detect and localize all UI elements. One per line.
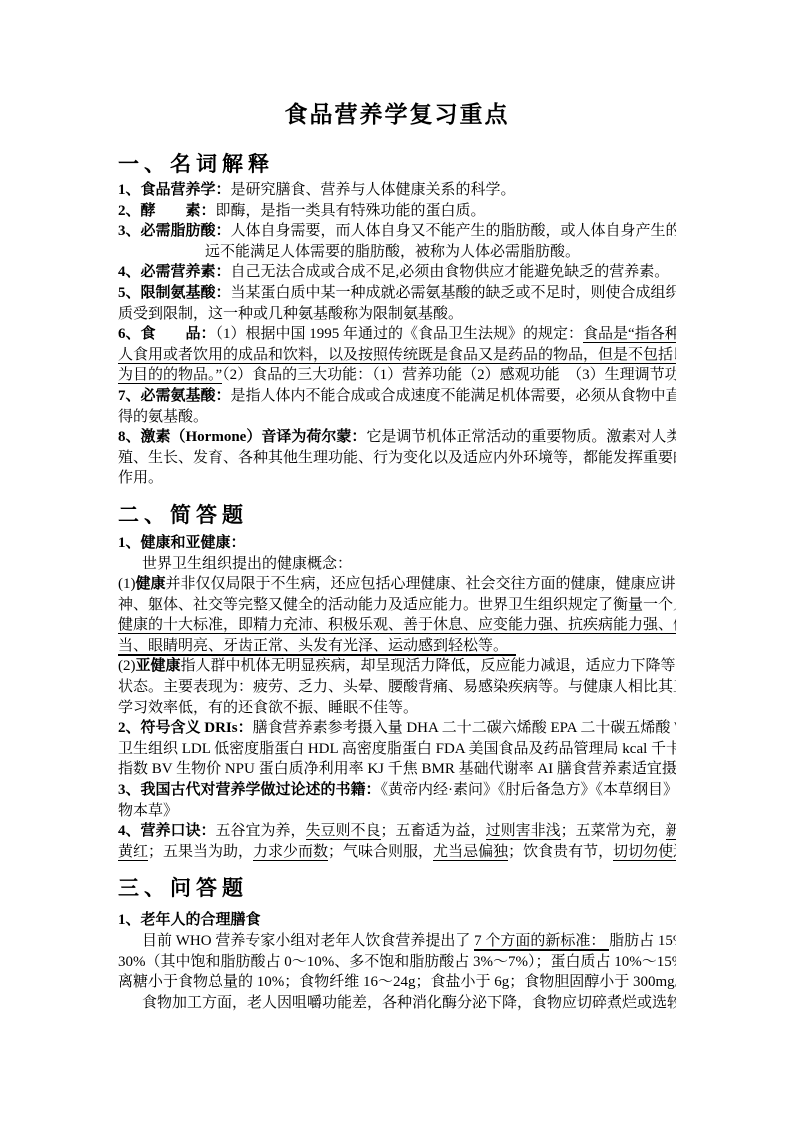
term-label: 1、食品营养学： bbox=[118, 182, 231, 198]
underlined-text: 为目的的物品。” bbox=[118, 367, 222, 384]
term-label: 亚健康 bbox=[136, 658, 181, 674]
document-page: 食品营养学复习重点 一、名词解释 1、食品营养学：是研究膳食、营养与人体健康关系… bbox=[0, 0, 793, 1122]
term-label: 2、符号含义 DRIs： bbox=[118, 720, 253, 736]
body-text: 作用。 bbox=[118, 470, 163, 486]
underlined-text: 力求少而数 bbox=[253, 844, 328, 861]
body-text: 目前 WHO 营养专家小组对老年人饮食营养提出了 bbox=[142, 933, 474, 949]
text-line: 离糖小于食物总量的 10%；食物纤维 16～24g；食盐小于 6g；食物胆固醇小… bbox=[118, 972, 676, 993]
body-text: 它是调节机体正常活动的重要物质。激素对人类的繁 bbox=[366, 429, 676, 445]
section-lines-essay-questions: 1、老年人的合理膳食目前 WHO 营养专家小组对老年人饮食营养提出了 7 个方面… bbox=[118, 910, 676, 1013]
text-line: 远不能满足人体需要的脂肪酸，被称为人体必需脂肪酸。 bbox=[118, 242, 676, 263]
text-line: 3、我国古代对营养学做过论述的书籍：《黄帝内经·素问》《肘后备急方》《本草纲目》… bbox=[118, 780, 676, 801]
body-text: 《黄帝内经·素问》《肘后备急方》《本草纲目》《食 bbox=[381, 782, 676, 798]
section-essay-questions: 三、问答题 1、老年人的合理膳食目前 WHO 营养专家小组对老年人饮食营养提出了… bbox=[118, 874, 676, 1013]
text-line: 6、食 品：（1）根据中国 1995 年通过的《食品卫生法规》的规定：食品是“指… bbox=[118, 324, 676, 345]
text-line: 食物加工方面，老人因咀嚼功能差，各种消化酶分泌下降，食物应切碎煮烂或选较柔软 bbox=[118, 993, 676, 1014]
term-label: 5、限制氨基酸： bbox=[118, 285, 231, 301]
text-line: 3、必需脂肪酸：人体自身需要，而人体自身又不能产生的脂肪酸，或人体自身产生的数远 bbox=[118, 221, 676, 242]
body-text: 脂肪占 15%～ bbox=[609, 933, 676, 949]
text-line: 7、必需氨基酸：是指人体内不能合成或合成速度不能满足机体需要，必须从食物中直接获 bbox=[118, 386, 676, 407]
underlined-text: 尤当忌偏独 bbox=[433, 844, 508, 861]
body-text: （2）食品的三大功能：（1）营养功能（2）感观功能 （3）生理调节功能 bbox=[222, 367, 676, 383]
body-text: 状态。主要表现为：疲劳、乏力、头晕、腰酸背痛、易感染疾病等。与健康人相比其工作、 bbox=[118, 679, 676, 695]
text-line: 1、健康和亚健康： bbox=[118, 533, 676, 554]
body-text: ；五菜常为充， bbox=[561, 823, 666, 839]
text-line: 目前 WHO 营养专家小组对老年人饮食营养提出了 7 个方面的新标准： 脂肪占 … bbox=[118, 931, 676, 952]
section-heading-terms: 一、名词解释 bbox=[118, 150, 676, 178]
body-text: 殖、生长、发育、各种其他生理功能、行为变化以及适应内外环境等，都能发挥重要的调节 bbox=[118, 450, 676, 466]
term-label: 7、必需氨基酸： bbox=[118, 388, 231, 404]
section-short-answers: 二、简答题 1、健康和亚健康：世界卫生组织提出的健康概念：(1)健康并非仅仅局限… bbox=[118, 501, 676, 863]
body-text: 五谷宜为养， bbox=[216, 823, 306, 839]
text-line: 4、营养口诀：五谷宜为养，失豆则不良；五畜适为益，过则害非浅；五菜常为充，新鲜绿 bbox=[118, 821, 676, 842]
text-line: 健康的十大标准，即精力充沛、积极乐观、善于休息、应变能力强、抗疾病能力强、体重适 bbox=[118, 615, 676, 636]
text-line: 人食用或者饮用的成品和饮料，以及按照传统既是食品又是药品的物品，但是不包括以治疗 bbox=[118, 345, 676, 366]
body-text: 30%（其中饱和脂肪酸占 0～10%、多不饱和脂肪酸占 3%～7%）；蛋白质占 … bbox=[118, 954, 676, 970]
text-line: 8、激素（Hormone）音译为荷尔蒙：它是调节机体正常活动的重要物质。激素对人… bbox=[118, 427, 676, 448]
body-text: 指数 BV 生物价 NPU 蛋白质净利用率 KJ 千焦 BMR 基础代谢率 AI… bbox=[118, 761, 676, 777]
underlined-text: 黄红 bbox=[118, 844, 148, 861]
section-lines-terms: 1、食品营养学：是研究膳食、营养与人体健康关系的科学。2、酵 素：即酶，是指一类… bbox=[118, 180, 676, 489]
text-line: 物本草》 bbox=[118, 801, 676, 822]
document-title: 食品营养学复习重点 bbox=[118, 99, 676, 129]
section-terms: 一、名词解释 1、食品营养学：是研究膳食、营养与人体健康关系的科学。2、酵 素：… bbox=[118, 150, 676, 489]
text-line: (1)健康并非仅仅局限于不生病，还应包括心理健康、社会交往方面的健康，健康应讲究… bbox=[118, 574, 676, 595]
term-label: 8、激素（Hormone）音译为荷尔蒙： bbox=[118, 429, 366, 445]
term-label: 4、营养口诀： bbox=[118, 823, 216, 839]
text-line: 30%（其中饱和脂肪酸占 0～10%、多不饱和脂肪酸占 3%～7%）；蛋白质占 … bbox=[118, 952, 676, 973]
section-lines-short-answers: 1、健康和亚健康：世界卫生组织提出的健康概念：(1)健康并非仅仅局限于不生病，还… bbox=[118, 533, 676, 863]
term-label: 3、我国古代对营养学做过论述的书籍： bbox=[118, 782, 381, 798]
underlined-text: 过则害非浅 bbox=[486, 823, 561, 840]
text-line: 4、必需营养素：自己无法合成或合成不足,必须由食物供应才能避免缺乏的营养素。 bbox=[118, 262, 676, 283]
body-text: 自己无法合成或合成不足,必须由食物供应才能避免缺乏的营养素。 bbox=[231, 264, 670, 280]
document-body: 食品营养学复习重点 一、名词解释 1、食品营养学：是研究膳食、营养与人体健康关系… bbox=[118, 0, 676, 1013]
body-text: ；气味合则服， bbox=[328, 844, 433, 860]
text-line: 黄红；五果当为助，力求少而数；气味合则服，尤当忌偏独；饮食贵有节，切切勿使过。 bbox=[118, 842, 676, 863]
body-text: 人体自身需要，而人体自身又不能产生的脂肪酸，或人体自身产生的数远 bbox=[231, 223, 676, 239]
underlined-text: 食品是“指各种供 bbox=[583, 326, 676, 343]
body-text: ；五畜适为益， bbox=[381, 823, 486, 839]
text-line: 1、老年人的合理膳食 bbox=[118, 910, 676, 931]
underlined-text: 失豆则不良 bbox=[306, 823, 381, 840]
text-line: 神、躯体、社交等完整又健全的活动能力及适应能力。世界卫生组织规定了衡量一个人是否 bbox=[118, 595, 676, 616]
term-label: 1、健康和亚健康： bbox=[118, 535, 246, 551]
underlined-text: 新鲜绿 bbox=[666, 823, 676, 840]
underlined-text: 人食用或者饮用的成品和饮料，以及按照传统既是食品又是药品的物品，但是不包括以治疗 bbox=[118, 347, 676, 364]
section-heading-essay-questions: 三、问答题 bbox=[118, 874, 676, 902]
underlined-text: 当、眼睛明亮、牙齿正常、头发有光泽、运动感到轻松等。 bbox=[118, 638, 516, 656]
body-text: 指人群中机体无明显疾病，却呈现活力降低，反应能力减退，适应力下降等生理 bbox=[181, 658, 676, 674]
text-line: 1、食品营养学：是研究膳食、营养与人体健康关系的科学。 bbox=[118, 180, 676, 201]
underlined-text: 7 个方面的新标准： bbox=[474, 933, 609, 951]
body-text: 食物加工方面，老人因咀嚼功能差，各种消化酶分泌下降，食物应切碎煮烂或选较柔软 bbox=[142, 995, 676, 1011]
text-line: 得的氨基酸。 bbox=[118, 407, 676, 428]
text-line: 作用。 bbox=[118, 468, 676, 489]
body-text: 学习效率低，有的还食欲不振、睡眠不佳等。 bbox=[118, 700, 418, 716]
text-line: 状态。主要表现为：疲劳、乏力、头晕、腰酸背痛、易感染疾病等。与健康人相比其工作、 bbox=[118, 677, 676, 698]
body-text: 是指人体内不能合成或合成速度不能满足机体需要，必须从食物中直接获 bbox=[231, 388, 676, 404]
term-label: 6、食 品： bbox=[118, 326, 216, 342]
body-text: 即酶，是指一类具有特殊功能的蛋白质。 bbox=[216, 203, 486, 219]
body-text: 卫生组织 LDL 低密度脂蛋白 HDL 高密度脂蛋白 FDA 美国食品及药品管理… bbox=[118, 741, 676, 757]
text-line: 世界卫生组织提出的健康概念： bbox=[118, 554, 676, 575]
text-line: (2)亚健康指人群中机体无明显疾病，却呈现活力降低，反应能力减退，适应力下降等生… bbox=[118, 656, 676, 677]
text-line: 当、眼睛明亮、牙齿正常、头发有光泽、运动感到轻松等。 bbox=[118, 636, 676, 657]
text-line: 2、酵 素：即酶，是指一类具有特殊功能的蛋白质。 bbox=[118, 201, 676, 222]
term-label: 1、老年人的合理膳食 bbox=[118, 912, 261, 928]
text-line: 殖、生长、发育、各种其他生理功能、行为变化以及适应内外环境等，都能发挥重要的调节 bbox=[118, 448, 676, 469]
body-text: (2) bbox=[118, 658, 136, 674]
term-label: 健康 bbox=[136, 576, 166, 592]
section-heading-short-answers: 二、简答题 bbox=[118, 501, 676, 529]
body-text: 得的氨基酸。 bbox=[118, 409, 208, 425]
underlined-text: 健康的十大标准，即精力充沛、积极乐观、善于休息、应变能力强、抗疾病能力强、体重适 bbox=[118, 617, 676, 634]
body-text: 物本草》 bbox=[118, 803, 178, 819]
body-text: 当某蛋白质中某一种成就必需氨基酸的缺乏或不足时，则使合成组织蛋白 bbox=[231, 285, 676, 301]
body-text: （1）根据中国 1995 年通过的《食品卫生法规》的规定： bbox=[216, 326, 584, 342]
body-text: 神、躯体、社交等完整又健全的活动能力及适应能力。世界卫生组织规定了衡量一个人是否 bbox=[118, 597, 676, 613]
body-text: 并非仅仅局限于不生病，还应包括心理健康、社会交往方面的健康，健康应讲究精 bbox=[166, 576, 676, 592]
term-label: 2、酵 素： bbox=[118, 203, 216, 219]
body-text: 远不能满足人体需要的脂肪酸，被称为人体必需脂肪酸。 bbox=[205, 244, 580, 260]
body-text: ；饮食贵有节， bbox=[508, 844, 613, 860]
body-text: ；五果当为助， bbox=[148, 844, 253, 860]
text-line: 2、符号含义 DRIs：膳食营养素参考摄入量 DHA 二十二碳六烯酸 EPA 二… bbox=[118, 718, 676, 739]
text-line: 5、限制氨基酸：当某蛋白质中某一种成就必需氨基酸的缺乏或不足时，则使合成组织蛋白 bbox=[118, 283, 676, 304]
body-text: (1) bbox=[118, 576, 136, 592]
text-line: 指数 BV 生物价 NPU 蛋白质净利用率 KJ 千焦 BMR 基础代谢率 AI… bbox=[118, 759, 676, 780]
body-text: 离糖小于食物总量的 10%；食物纤维 16～24g；食盐小于 6g；食物胆固醇小… bbox=[118, 974, 676, 990]
text-line: 卫生组织 LDL 低密度脂蛋白 HDL 高密度脂蛋白 FDA 美国食品及药品管理… bbox=[118, 739, 676, 760]
term-label: 3、必需脂肪酸： bbox=[118, 223, 231, 239]
body-text: 质受到限制，这一种或几种氨基酸称为限制氨基酸。 bbox=[118, 306, 463, 322]
text-line: 学习效率低，有的还食欲不振、睡眠不佳等。 bbox=[118, 698, 676, 719]
term-label: 4、必需营养素： bbox=[118, 264, 231, 280]
body-text: 膳食营养素参考摄入量 DHA 二十二碳六烯酸 EPA 二十碳五烯酸 WHO 世界 bbox=[253, 720, 676, 736]
text-line: 质受到限制，这一种或几种氨基酸称为限制氨基酸。 bbox=[118, 304, 676, 325]
underlined-text: 切切勿使过。 bbox=[613, 844, 676, 861]
body-text: 是研究膳食、营养与人体健康关系的科学。 bbox=[231, 182, 516, 198]
text-line: 为目的的物品。”（2）食品的三大功能：（1）营养功能（2）感观功能 （3）生理调… bbox=[118, 365, 676, 386]
body-text: 世界卫生组织提出的健康概念： bbox=[142, 556, 352, 572]
